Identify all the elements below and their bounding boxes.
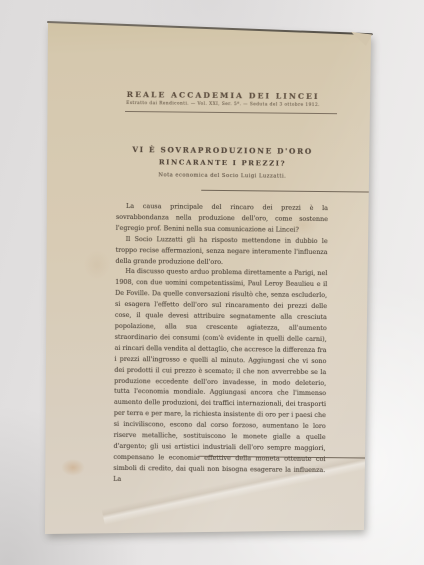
body-paragraph: La causa principale del rincaro dei prez…: [116, 201, 328, 236]
document-page: REALE ACCADEMIA DEI LINCEI Estratto dai …: [0, 0, 424, 565]
header-institution: REALE ACCADEMIA DEI LINCEI: [117, 90, 329, 101]
paper-stain: [61, 459, 85, 476]
header-issue-line: Estratto dai Rendiconti. — Vol. XXI, Ser…: [117, 100, 329, 107]
title-subtitle: Nota economica del Socio Luigi Luzzatti.: [116, 171, 328, 179]
title-line-2: RINCARANTE I PREZZI?: [116, 158, 328, 168]
body-paragraph: Ha discusso questo arduo problema dirett…: [113, 266, 327, 486]
body-paragraph: Il Socio Luzzatti gli ha risposto metten…: [115, 234, 327, 269]
title-divider: [201, 190, 413, 193]
header-rule: [125, 111, 337, 114]
paper-stain: [84, 250, 110, 280]
paper-shadow: REALE ACCADEMIA DEI LINCEI Estratto dai …: [0, 0, 424, 565]
photo-background: REALE ACCADEMIA DEI LINCEI Estratto dai …: [0, 0, 424, 565]
title-line-1: VI È SOVRAPRODUZIONE D'ORO: [117, 145, 329, 156]
printed-content: REALE ACCADEMIA DEI LINCEI Estratto dai …: [112, 0, 330, 565]
body-text: La causa principale del rincaro dei prez…: [113, 201, 328, 487]
